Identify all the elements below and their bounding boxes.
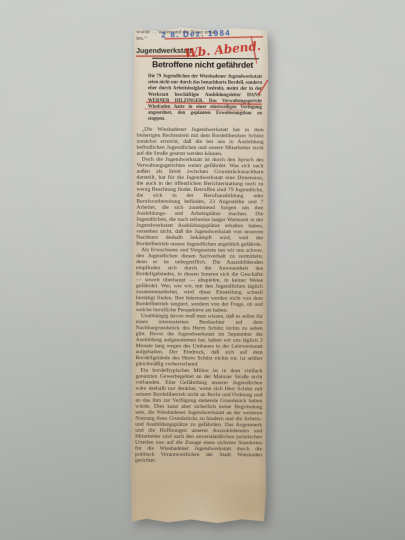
- article-paragraph: Ein bordelltypisches Milieu ist in dem v…: [135, 367, 263, 464]
- headline-block: Betroffene nicht gefährdet: [152, 58, 260, 71]
- article-paragraph: Als Erwachsene und Vorgesetzte tun wir u…: [136, 246, 263, 313]
- article-paragraph: Doch die Jugendwerkstatt ist durch den S…: [136, 156, 263, 247]
- article-paragraph: „Die Wiesbadener Jugendwerkstatt hat in …: [137, 126, 264, 157]
- article-headline: Betroffene nicht gefährdet: [152, 59, 260, 71]
- clipping-paper: wurde … waren und die Natur erhal- ten.“…: [130, 27, 270, 525]
- article-body: „Die Wiesbadener Jugendwerkstatt hat in …: [135, 126, 264, 464]
- clipping-content: wurde … waren und die Natur erhal- ten.“…: [133, 29, 267, 525]
- article-paragraph: Unabhängig davon muß man wissen, daß es …: [136, 313, 263, 368]
- newspaper-clipping: wurde … waren und die Natur erhal- ten.“…: [130, 27, 270, 525]
- photo-background: wurde … waren und die Natur erhal- ten.“…: [0, 0, 405, 540]
- article-lead: Die 79 Jugendlichen der Wiesbadener Juge…: [148, 73, 262, 122]
